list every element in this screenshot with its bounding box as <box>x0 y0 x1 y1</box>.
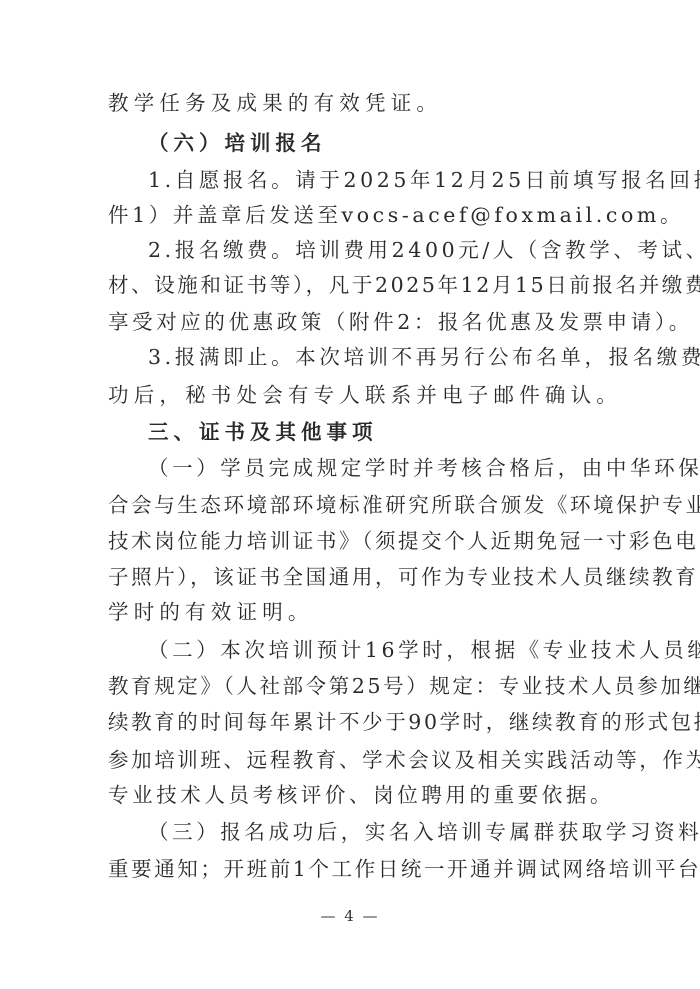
paragraph-certificate: （一）学员完成规定学时并考核合格后，由中华环保联 <box>148 450 592 486</box>
paragraph-registration-fee: 2.报名缴费。培训费用2400元/人（含教学、考试、教 <box>148 232 592 268</box>
paragraph-training-hours: （二）本次培训预计16学时，根据《专业技术人员继续 <box>148 632 592 668</box>
paragraph-line: 专业技术人员考核评价、岗位聘用的重要依据。 <box>108 777 592 813</box>
document-page: 教学任务及成果的有效凭证。 （六）培训报名 1.自愿报名。请于2025年12月2… <box>0 0 700 989</box>
paragraph-full-stop: 3.报满即止。本次培训不再另行公布名单，报名缴费成 <box>148 339 592 375</box>
paragraph-line: 续教育的时间每年累计不少于90学时，继续教育的形式包括 <box>108 704 592 740</box>
paragraph-voluntary-registration: 1.自愿报名。请于2025年12月25日前填写报名回执（附 <box>148 162 592 198</box>
section-heading-registration: （六）培训报名 <box>148 125 592 161</box>
paragraph-line: 件1）并盖章后发送至vocs-acef@foxmail.com。 <box>108 197 592 233</box>
page-number: — 4 — <box>0 907 700 925</box>
paragraph-line: 材、设施和证书等），凡于2025年12月15日前报名并缴费可 <box>108 267 592 303</box>
paragraph-line: 重要通知；开班前1个工作日统一开通并调试网络培训平台， <box>108 851 592 887</box>
paragraph-line: 学时的有效证明。 <box>108 594 592 630</box>
paragraph-line: 教育规定》（人社部令第25号）规定：专业技术人员参加继 <box>108 668 592 704</box>
paragraph-line: 参加培训班、远程教育、学术会议及相关实践活动等，作为 <box>108 742 592 778</box>
paragraph-line: 合会与生态环境部环境标准研究所联合颁发《环境保护专业 <box>108 487 592 523</box>
paragraph-after-registration: （三）报名成功后，实名入培训专属群获取学习资料及 <box>148 814 592 850</box>
paragraph-line: 技术岗位能力培训证书》（须提交个人近期免冠一寸彩色电 <box>108 523 592 559</box>
paragraph-continuation: 教学任务及成果的有效凭证。 <box>108 85 592 121</box>
paragraph-line: 子照片），该证书全国通用，可作为专业技术人员继续教育 <box>108 559 592 595</box>
section-heading-certificate: 三、证书及其他事项 <box>148 414 592 450</box>
paragraph-line: 功后，秘书处会有专人联系并电子邮件确认。 <box>108 377 592 413</box>
paragraph-line: 享受对应的优惠政策（附件2：报名优惠及发票申请）。 <box>108 304 592 340</box>
